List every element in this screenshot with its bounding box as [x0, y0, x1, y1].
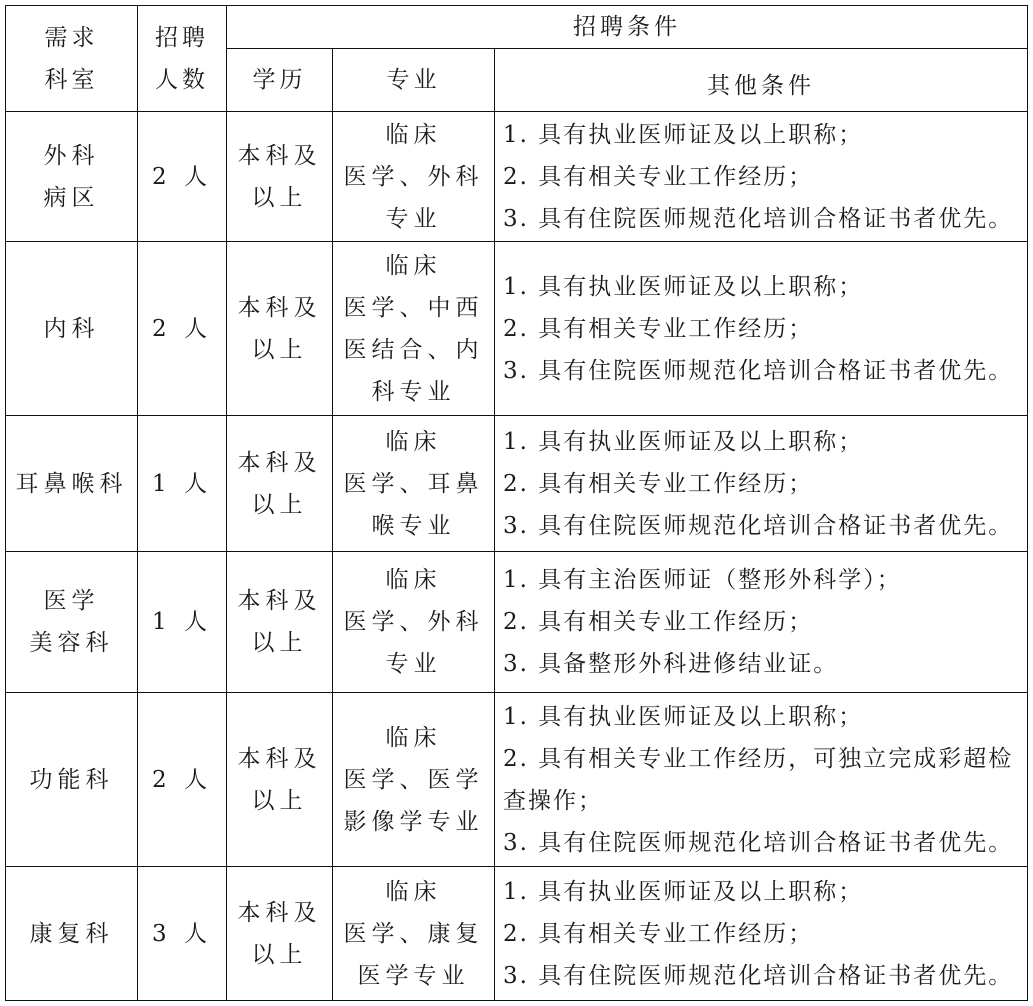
cell-education: 本科及 以上 [227, 867, 333, 1001]
major-line: 医学、耳鼻 [333, 463, 494, 505]
table-row: 外科 病区 2 人 本科及 以上 临床 医学、外科 专业 1. 具有执业医师证及… [6, 112, 1028, 242]
table-row: 康复科 3 人 本科及 以上 临床 医学、康复 医学专业 1. 具有执业医师证及… [6, 867, 1028, 1001]
major-line: 医学、中西 [333, 287, 494, 329]
header-other: 其他条件 [495, 49, 1028, 112]
edu-line: 本科及 [227, 580, 332, 622]
dept-line: 病区 [6, 177, 137, 219]
edu-line: 以上 [227, 329, 332, 371]
cell-count: 1 人 [138, 416, 227, 552]
cell-major: 临床 医学、中西 医结合、内 科专业 [333, 242, 495, 416]
dept-line: 功能科 [6, 759, 137, 801]
edu-line: 本科及 [227, 287, 332, 329]
major-line: 影像学专业 [333, 801, 494, 843]
cell-other-conditions: 1. 具有执业医师证及以上职称； 2. 具有相关专业工作经历； 3. 具有住院医… [495, 867, 1028, 1001]
cell-education: 本科及 以上 [227, 552, 333, 693]
cell-major: 临床 医学、医学 影像学专业 [333, 693, 495, 867]
condition-line: 1. 具有执业医师证及以上职称； [503, 421, 1027, 463]
condition-line: 1. 具有执业医师证及以上职称； [503, 266, 1027, 308]
edu-line: 以上 [227, 934, 332, 976]
condition-line: 2. 具有相关专业工作经历； [503, 308, 1027, 350]
header-conditions-group: 招聘条件 [227, 6, 1028, 49]
condition-line: 3. 具有住院医师规范化培训合格证书者优先。 [503, 955, 1027, 997]
cell-count: 1 人 [138, 552, 227, 693]
cell-major: 临床 医学、耳鼻 喉专业 [333, 416, 495, 552]
edu-line: 以上 [227, 780, 332, 822]
major-line: 医学专业 [333, 955, 494, 997]
major-line: 临床 [333, 559, 494, 601]
header-department: 需求 科室 [6, 6, 138, 112]
major-line: 专业 [333, 198, 494, 240]
table-row: 耳鼻喉科 1 人 本科及 以上 临床 医学、耳鼻 喉专业 1. 具有执业医师证及… [6, 416, 1028, 552]
condition-line: 1. 具有主治医师证（整形外科学）； [503, 559, 1027, 601]
header-text: 需求 [6, 17, 137, 59]
major-line: 临床 [333, 717, 494, 759]
table-row: 内科 2 人 本科及 以上 临床 医学、中西 医结合、内 科专业 1. 具有执业… [6, 242, 1028, 416]
dept-line: 耳鼻喉科 [6, 463, 137, 505]
table-row: 医学 美容科 1 人 本科及 以上 临床 医学、外科 专业 1. 具有主治医师证… [6, 552, 1028, 693]
condition-line: 1. 具有执业医师证及以上职称； [503, 871, 1027, 913]
major-line: 科专业 [333, 371, 494, 413]
condition-line: 2. 具有相关专业工作经历，可独立完成彩超检 [503, 738, 1027, 780]
major-line: 喉专业 [333, 505, 494, 547]
condition-line: 2. 具有相关专业工作经历； [503, 463, 1027, 505]
dept-line: 美容科 [6, 622, 137, 664]
cell-other-conditions: 1. 具有执业医师证及以上职称； 2. 具有相关专业工作经历，可独立完成彩超检 … [495, 693, 1028, 867]
cell-department: 康复科 [6, 867, 138, 1001]
condition-line: 3. 具备整形外科进修结业证。 [503, 643, 1027, 685]
major-line: 临床 [333, 421, 494, 463]
condition-line: 3. 具有住院医师规范化培训合格证书者优先。 [503, 505, 1027, 547]
condition-line: 1. 具有执业医师证及以上职称； [503, 114, 1027, 156]
major-line: 临床 [333, 114, 494, 156]
major-line: 医学、医学 [333, 759, 494, 801]
recruitment-table: 需求 科室 招聘 人数 招聘条件 学历 专业 其他条件 外科 病区 2 人 本科… [5, 5, 1028, 1001]
cell-count: 3 人 [138, 867, 227, 1001]
cell-department: 外科 病区 [6, 112, 138, 242]
condition-line: 2. 具有相关专业工作经历； [503, 156, 1027, 198]
cell-other-conditions: 1. 具有主治医师证（整形外科学）； 2. 具有相关专业工作经历； 3. 具备整… [495, 552, 1028, 693]
cell-education: 本科及 以上 [227, 693, 333, 867]
header-count: 招聘 人数 [138, 6, 227, 112]
cell-education: 本科及 以上 [227, 112, 333, 242]
dept-line: 医学 [6, 580, 137, 622]
cell-education: 本科及 以上 [227, 242, 333, 416]
dept-line: 内科 [6, 308, 137, 350]
cell-count: 2 人 [138, 242, 227, 416]
edu-line: 本科及 [227, 442, 332, 484]
dept-line: 康复科 [6, 913, 137, 955]
condition-line: 2. 具有相关专业工作经历； [503, 913, 1027, 955]
edu-line: 以上 [227, 622, 332, 664]
major-line: 临床 [333, 245, 494, 287]
header-row-1: 需求 科室 招聘 人数 招聘条件 [6, 6, 1028, 49]
cell-count: 2 人 [138, 693, 227, 867]
major-line: 医结合、内 [333, 329, 494, 371]
header-text: 科室 [6, 59, 137, 101]
condition-line: 2. 具有相关专业工作经历； [503, 601, 1027, 643]
cell-department: 耳鼻喉科 [6, 416, 138, 552]
header-text: 人数 [138, 59, 226, 101]
cell-count: 2 人 [138, 112, 227, 242]
cell-other-conditions: 1. 具有执业医师证及以上职称； 2. 具有相关专业工作经历； 3. 具有住院医… [495, 112, 1028, 242]
cell-other-conditions: 1. 具有执业医师证及以上职称； 2. 具有相关专业工作经历； 3. 具有住院医… [495, 242, 1028, 416]
cell-major: 临床 医学、康复 医学专业 [333, 867, 495, 1001]
header-education: 学历 [227, 49, 333, 112]
major-line: 医学、康复 [333, 913, 494, 955]
condition-line: 3. 具有住院医师规范化培训合格证书者优先。 [503, 822, 1027, 864]
edu-line: 本科及 [227, 892, 332, 934]
cell-department: 功能科 [6, 693, 138, 867]
cell-other-conditions: 1. 具有执业医师证及以上职称； 2. 具有相关专业工作经历； 3. 具有住院医… [495, 416, 1028, 552]
edu-line: 以上 [227, 484, 332, 526]
edu-line: 以上 [227, 177, 332, 219]
major-line: 医学、外科 [333, 156, 494, 198]
cell-department: 内科 [6, 242, 138, 416]
cell-education: 本科及 以上 [227, 416, 333, 552]
edu-line: 本科及 [227, 738, 332, 780]
condition-line: 3. 具有住院医师规范化培训合格证书者优先。 [503, 198, 1027, 240]
major-line: 临床 [333, 871, 494, 913]
header-text: 招聘 [138, 17, 226, 59]
cell-department: 医学 美容科 [6, 552, 138, 693]
edu-line: 本科及 [227, 135, 332, 177]
header-major: 专业 [333, 49, 495, 112]
major-line: 医学、外科 [333, 601, 494, 643]
table-row: 功能科 2 人 本科及 以上 临床 医学、医学 影像学专业 1. 具有执业医师证… [6, 693, 1028, 867]
condition-line: 查操作； [503, 780, 1027, 822]
cell-major: 临床 医学、外科 专业 [333, 552, 495, 693]
condition-line: 1. 具有执业医师证及以上职称； [503, 696, 1027, 738]
dept-line: 外科 [6, 135, 137, 177]
cell-major: 临床 医学、外科 专业 [333, 112, 495, 242]
major-line: 专业 [333, 643, 494, 685]
condition-line: 3. 具有住院医师规范化培训合格证书者优先。 [503, 350, 1027, 392]
